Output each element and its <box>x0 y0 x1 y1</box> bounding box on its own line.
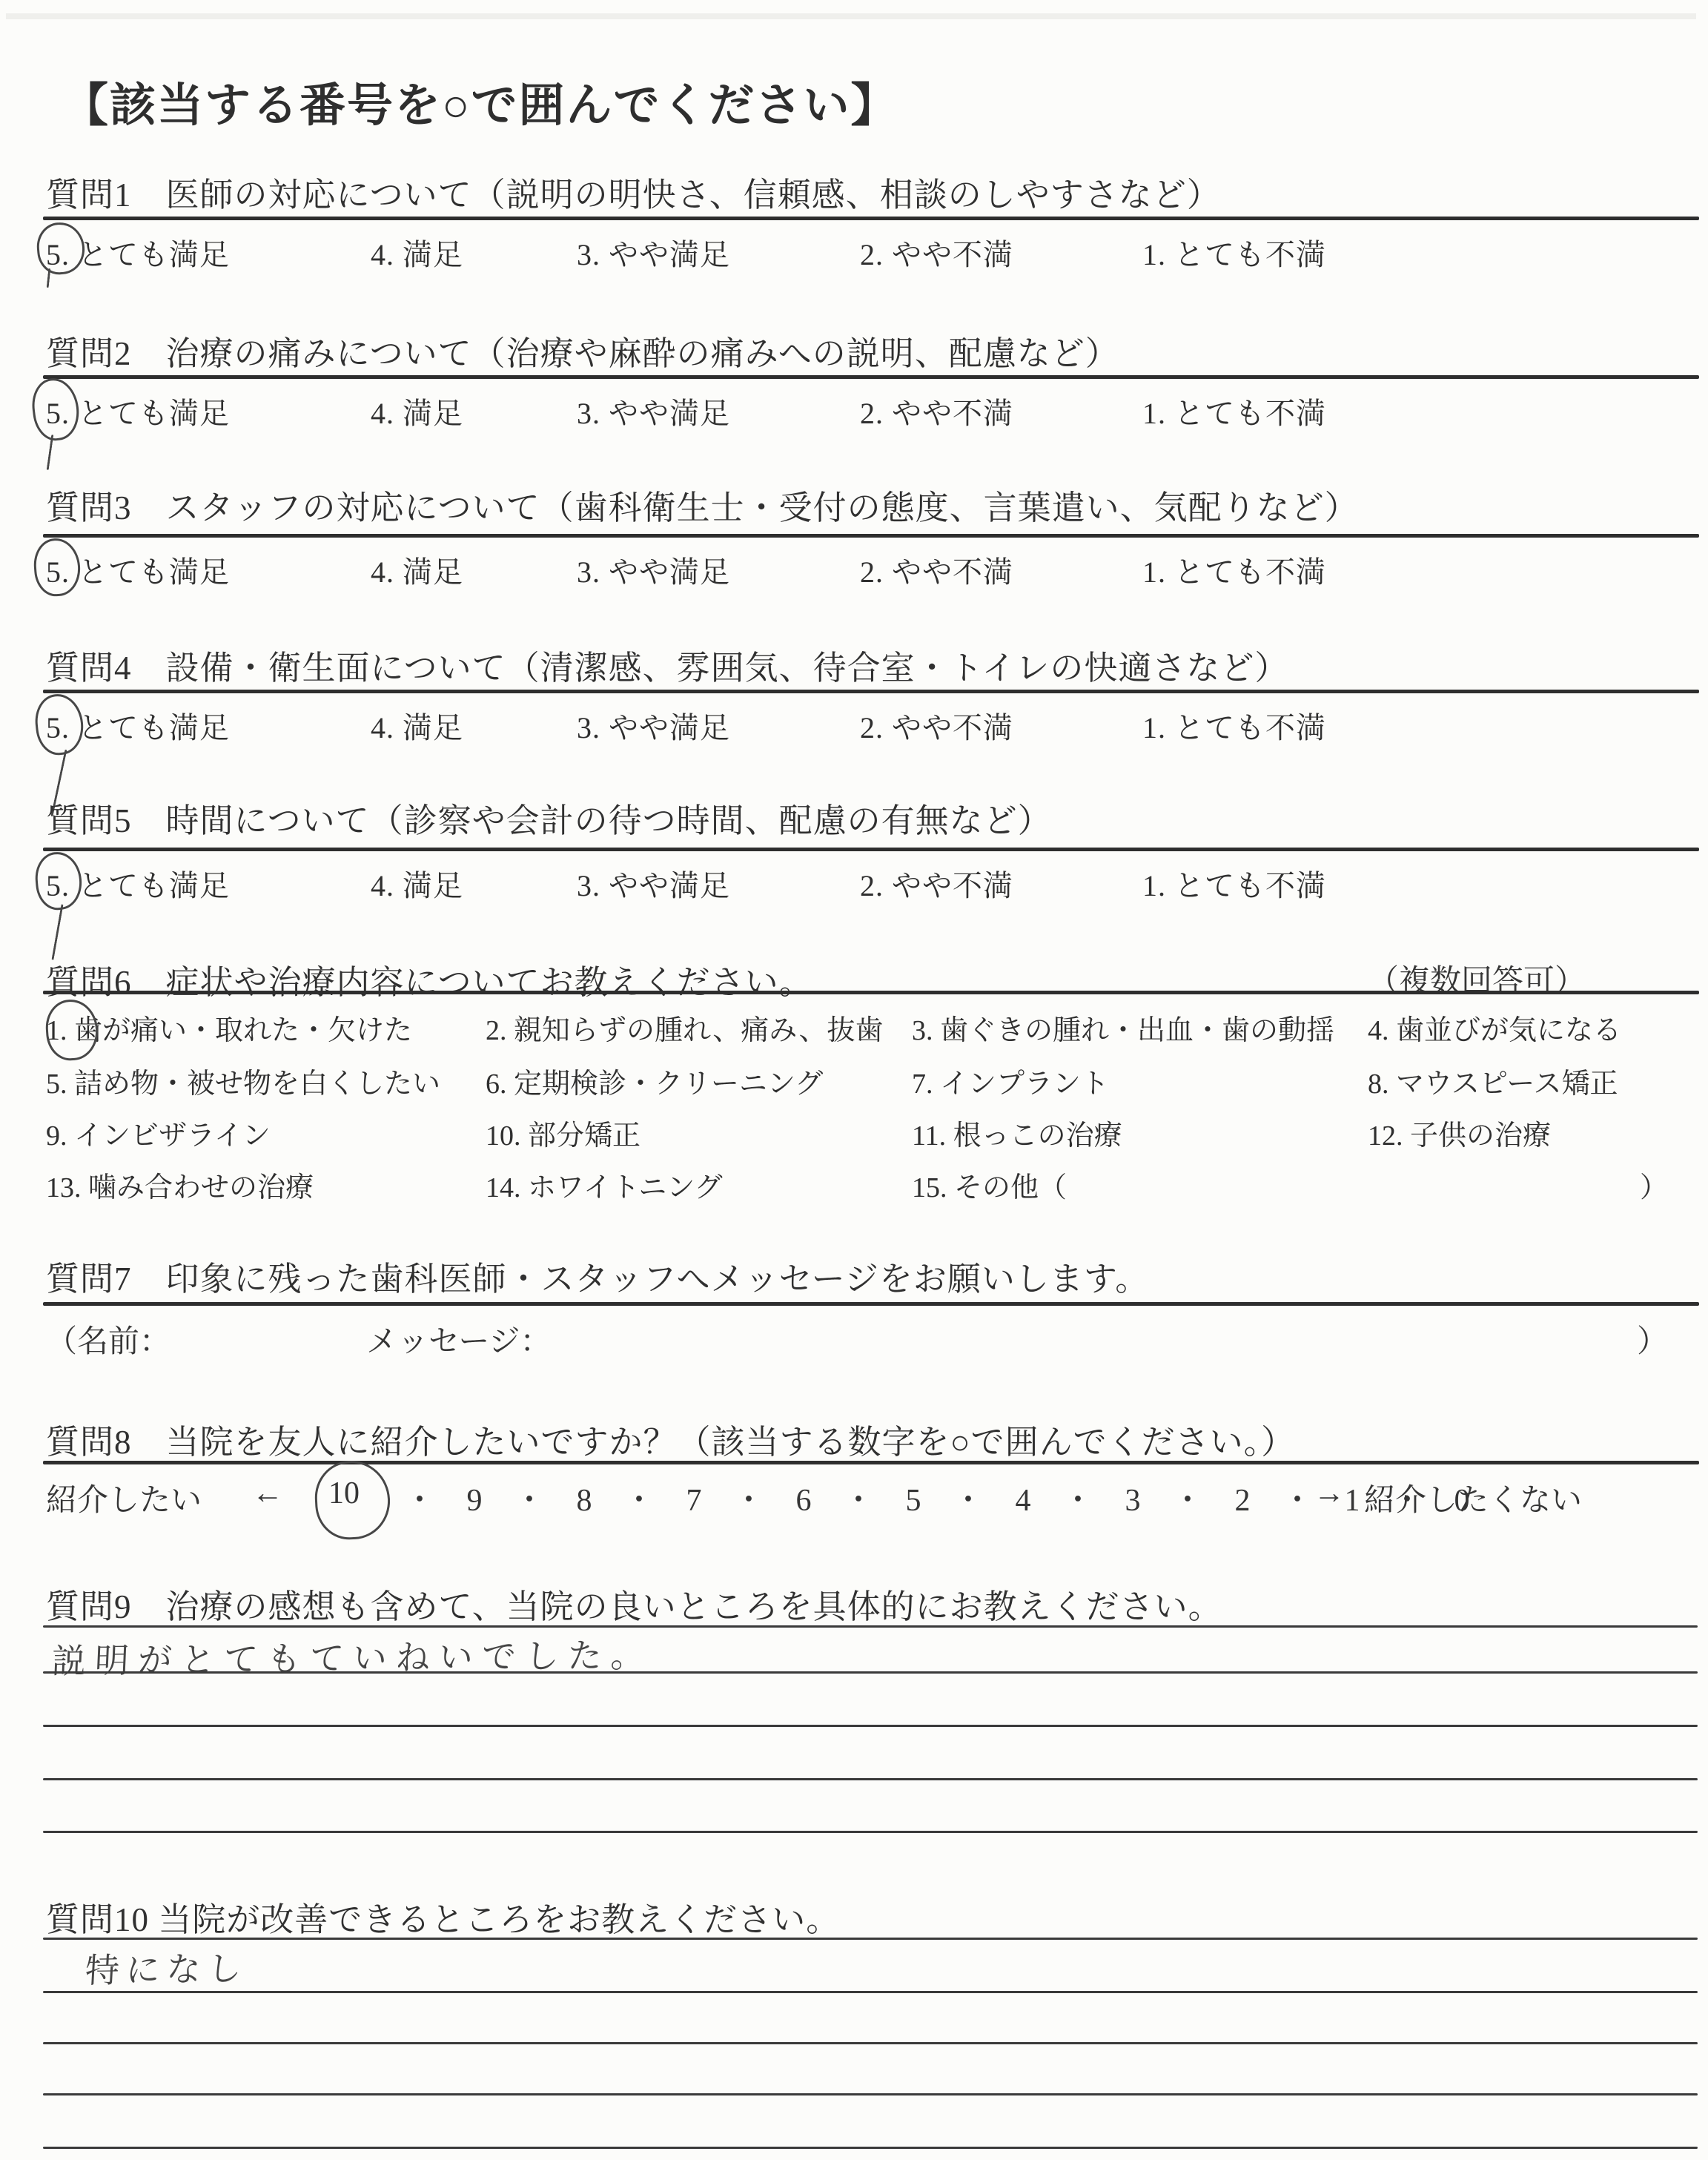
question-3-title: 質問3 スタッフの対応について（歯科衛生士・受付の態度、言葉遣い、気配りなど） <box>46 480 1359 529</box>
q9-answer-line-5 <box>43 1831 1698 1833</box>
handwritten-answer-q10: 特になし <box>84 1941 250 1992</box>
q6-row-1: 1. 歯が痛い・取れた・欠けた 2. 親知らずの腫れ、痛み、抜歯 3. 歯ぐきの… <box>0 1007 1708 1044</box>
q6-item-12: 12. 子供の治療 <box>1368 1112 1551 1153</box>
q7-close-paren: ） <box>1637 1317 1668 1361</box>
instruction-header: 【該当する番号を○で囲んでください】 <box>62 68 898 134</box>
q3-option-3: 3. やや満足 <box>577 549 730 591</box>
q6-item-8: 8. マウスピース矯正 <box>1368 1060 1618 1101</box>
q6-item-3: 3. 歯ぐきの腫れ・出血・歯の動揺 <box>912 1007 1334 1048</box>
q8-label-not-recommend: 紹介したくない <box>1364 1476 1582 1520</box>
q6-item-9: 9. インビザライン <box>46 1112 271 1153</box>
divider-line-q2 <box>43 375 1699 379</box>
q6-row-2: 5. 詰め物・被せ物を白くしたい 6. 定期検診・クリーニング 7. インプラン… <box>0 1060 1708 1097</box>
q5-option-2: 2. やや不満 <box>860 862 1013 905</box>
q10-answer-line-3 <box>43 2042 1698 2044</box>
q2-option-2: 2. やや不満 <box>860 390 1013 432</box>
q1-option-2: 2. やや不満 <box>860 231 1013 274</box>
q1-option-4: 4. 満足 <box>371 231 463 274</box>
q5-options-row: 5. とても満足 4. 満足 3. やや満足 2. やや不満 1. とても不満 <box>0 862 1708 899</box>
q7-name-label: （名前： <box>46 1317 171 1361</box>
q6-row-3: 9. インビザライン 10. 部分矯正 11. 根っこの治療 12. 子供の治療 <box>0 1112 1708 1149</box>
question-8-title: 質問8 当院を友人に紹介したいですか？（該当する数字を○で囲んでください。） <box>46 1415 1295 1463</box>
q8-label-recommend: 紹介したい <box>46 1476 202 1520</box>
q9-answer-line-1 <box>43 1625 1698 1628</box>
q4-option-4: 4. 満足 <box>371 704 463 747</box>
q5-option-4: 4. 満足 <box>371 862 463 905</box>
question-2-title: 質問2 治療の痛みについて（治療や麻酔の痛みへの説明、配慮など） <box>46 326 1119 374</box>
divider-line-q1 <box>43 217 1699 220</box>
q6-item-10: 10. 部分矯正 <box>486 1112 640 1153</box>
q1-option-1: 1. とても不満 <box>1142 231 1326 274</box>
q6-item-1: 1. 歯が痛い・取れた・欠けた <box>46 1007 412 1048</box>
q7-message-label: メッセージ： <box>366 1317 551 1361</box>
q2-option-1: 1. とても不満 <box>1142 390 1326 432</box>
q5-option-1: 1. とても不満 <box>1142 862 1326 905</box>
q3-option-1: 1. とても不満 <box>1142 549 1326 591</box>
divider-line-q6 <box>43 991 1699 994</box>
q4-options-row: 5. とても満足 4. 満足 3. やや満足 2. やや不満 1. とても不満 <box>0 704 1708 742</box>
q9-answer-line-3 <box>43 1725 1698 1727</box>
q6-row-4: 13. 噛み合わせの治療 14. ホワイトニング 15. その他（ ） <box>0 1164 1708 1201</box>
q1-option-3: 3. やや満足 <box>577 231 730 274</box>
handwritten-circle-q8 <box>313 1459 391 1541</box>
q6-item-15-close-paren: ） <box>1640 1164 1668 1205</box>
q6-item-11: 11. 根っこの治療 <box>912 1112 1122 1153</box>
q4-option-1: 1. とても不満 <box>1142 704 1326 747</box>
q6-item-14: 14. ホワイトニング <box>486 1164 723 1205</box>
q10-answer-line-5 <box>43 2147 1698 2149</box>
q6-item-2: 2. 親知らずの腫れ、痛み、抜歯 <box>486 1007 884 1048</box>
question-10-title: 質問10 当院が改善できるところをお教えください。 <box>46 1892 840 1941</box>
q6-item-13: 13. 噛み合わせの治療 <box>46 1164 314 1205</box>
circle-tail-q2 <box>47 435 54 470</box>
q7-fields-row: （名前： メッセージ： ） <box>0 1317 1708 1354</box>
divider-line-q3 <box>43 534 1699 538</box>
q8-left-arrow-icon: ← <box>252 1476 283 1511</box>
q1-options-row: 5. とても満足 4. 満足 3. やや満足 2. やや不満 1. とても不満 <box>0 231 1708 268</box>
q8-scale-row: 紹介したい ← 10 ・ 9 ・ 8 ・ 7 ・ 6 ・ 5 ・ 4 ・ 3 ・… <box>0 1476 1708 1513</box>
q4-option-3: 3. やや満足 <box>577 704 730 747</box>
divider-line-q8 <box>43 1461 1699 1464</box>
q2-options-row: 5. とても満足 4. 満足 3. やや満足 2. やや不満 1. とても不満 <box>0 390 1708 427</box>
q6-item-6: 6. 定期検診・クリーニング <box>486 1060 823 1101</box>
q10-answer-line-1 <box>43 1938 1698 1940</box>
handwritten-circle-q4 <box>33 692 86 757</box>
q10-answer-line-4 <box>43 2093 1698 2095</box>
question-6-title: 質問6 症状や治療内容についてお教えください。 <box>46 955 813 1003</box>
divider-line-q5 <box>43 848 1699 851</box>
question-1-title: 質問1 医師の対応について（説明の明快さ、信頼感、相談のしやすさなど） <box>46 168 1221 216</box>
question-7-title: 質問7 印象に残った歯科医師・スタッフへメッセージをお願いします。 <box>46 1252 1149 1300</box>
question-9-title: 質問9 治療の感想も含めて、当院の良いところを具体的にお教えください。 <box>46 1579 1222 1628</box>
q5-option-3: 3. やや満足 <box>577 862 730 905</box>
divider-line-q4 <box>43 690 1699 693</box>
q10-answer-line-2 <box>43 1991 1698 1993</box>
q6-multi-answer-note: （複数回答可） <box>1368 957 1586 1001</box>
question-5-title: 質問5 時間について（診察や会計の待つ時間、配慮の有無など） <box>46 793 1052 842</box>
q6-item-15: 15. その他（ <box>912 1164 1067 1205</box>
survey-form-page: 【該当する番号を○で囲んでください】 質問1 医師の対応について（説明の明快さ、… <box>0 0 1708 2160</box>
q2-option-4: 4. 満足 <box>371 390 463 432</box>
divider-line-q7 <box>43 1302 1699 1306</box>
q3-option-4: 4. 満足 <box>371 549 463 591</box>
q6-item-4: 4. 歯並びが気になる <box>1368 1007 1621 1048</box>
q9-answer-line-4 <box>43 1778 1698 1780</box>
circle-tail-q5 <box>51 904 63 960</box>
q3-options-row: 5. とても満足 4. 満足 3. やや満足 2. やや不満 1. とても不満 <box>0 549 1708 586</box>
q3-option-2: 2. やや不満 <box>860 549 1013 591</box>
q6-item-5: 5. 詰め物・被せ物を白くしたい <box>46 1060 440 1101</box>
q6-item-7: 7. インプラント <box>912 1060 1109 1101</box>
q9-answer-line-2 <box>43 1671 1698 1674</box>
q2-option-3: 3. やや満足 <box>577 390 730 432</box>
handwritten-answer-q9: 説明がとてもていねいでした。 <box>51 1628 655 1684</box>
scan-artifact-band <box>6 13 1696 19</box>
q8-right-arrow-icon: → <box>1314 1476 1345 1511</box>
question-4-title: 質問4 設備・衛生面について（清潔感、雰囲気、待合室・トイレの快適さなど） <box>46 641 1288 689</box>
q4-option-2: 2. やや不満 <box>860 704 1013 747</box>
handwritten-circle-q2 <box>29 376 82 443</box>
